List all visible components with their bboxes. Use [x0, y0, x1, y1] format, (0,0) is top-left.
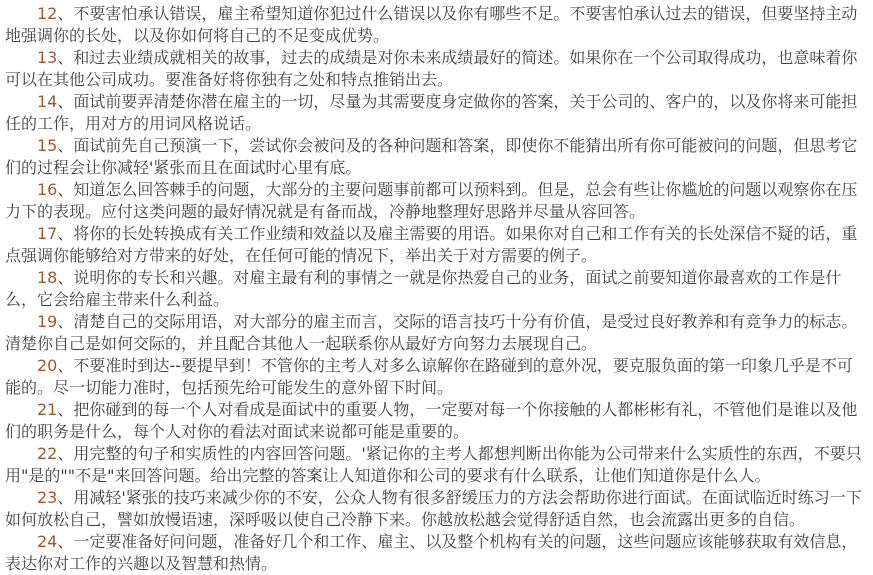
- list-item-16: 16、知道怎么回答棘手的问题，大部分的主要问题事前都可以预料到。但是，总会有些让…: [5, 179, 868, 223]
- item-text: 用完整的句子和实质性的内容回答问题。'紧记你的主考人都想判断出你能为公司带来什么…: [5, 444, 862, 485]
- item-number: 16: [37, 180, 57, 199]
- item-separator: 、: [57, 4, 73, 23]
- list-item-12: 12、不要害怕承认错误，雇主希望知道你犯过什么错误以及你有哪些不足。不要害怕承认…: [5, 3, 868, 47]
- item-separator: 、: [57, 312, 73, 331]
- list-item-13: 13、和过去业绩成就相关的故事，过去的成绩是对你未来成绩最好的简述。如果你在一个…: [5, 47, 868, 91]
- item-separator: 、: [57, 224, 73, 243]
- item-number: 19: [37, 312, 57, 331]
- item-separator: 、: [57, 180, 73, 199]
- item-number: 15: [37, 136, 57, 155]
- item-number: 13: [37, 48, 57, 67]
- item-text: 用减轻'紧张的技巧来减少你的不安，公众人物有很多舒缓压力的方法会帮助你进行面试。…: [5, 488, 862, 529]
- item-text: 清楚自己的交际用语，对大部分的雇主而言，交际的语言技巧十分有价值，是受过良好教养…: [5, 312, 857, 353]
- item-text: 知道怎么回答棘手的问题，大部分的主要问题事前都可以预料到。但是，总会有些让你尴尬…: [5, 180, 857, 221]
- item-number: 14: [37, 92, 57, 111]
- list-item-17: 17、将你的长处转换成有关工作业绩和效益以及雇主需要的用语。如果你对自己和工作有…: [5, 223, 868, 267]
- item-separator: 、: [57, 444, 73, 463]
- item-number: 24: [37, 532, 57, 551]
- list-item-23: 23、用减轻'紧张的技巧来减少你的不安，公众人物有很多舒缓压力的方法会帮助你进行…: [5, 487, 868, 531]
- document-body: 12、不要害怕承认错误，雇主希望知道你犯过什么错误以及你有哪些不足。不要害怕承认…: [5, 3, 868, 575]
- item-text: 将你的长处转换成有关工作业绩和效益以及雇主需要的用语。如果你对自己和工作有关的长…: [5, 224, 857, 265]
- item-separator: 、: [57, 488, 73, 507]
- item-separator: 、: [57, 48, 73, 67]
- item-number: 20: [37, 356, 57, 375]
- item-number: 21: [37, 400, 57, 419]
- item-text: 和过去业绩成就相关的故事，过去的成绩是对你未来成绩最好的简述。如果你在一个公司取…: [5, 48, 857, 89]
- item-number: 22: [37, 444, 57, 463]
- list-item-19: 19、清楚自己的交际用语，对大部分的雇主而言，交际的语言技巧十分有价值，是受过良…: [5, 311, 868, 355]
- list-item-20: 20、不要准时到达--要提早到！不管你的主考人对多么谅解你在路碰到的意外况，要克…: [5, 355, 868, 399]
- item-separator: 、: [57, 356, 73, 375]
- item-text: 说明你的专长和兴趣。对雇主最有利的事情之一就是你热爱自己的业务，面试之前要知道你…: [5, 268, 841, 309]
- item-separator: 、: [57, 92, 73, 111]
- item-number: 17: [37, 224, 57, 243]
- item-separator: 、: [57, 136, 73, 155]
- item-text: 不要害怕承认错误，雇主希望知道你犯过什么错误以及你有哪些不足。不要害怕承认过去的…: [5, 4, 857, 45]
- list-item-22: 22、用完整的句子和实质性的内容回答问题。'紧记你的主考人都想判断出你能为公司带…: [5, 443, 868, 487]
- item-separator: 、: [57, 400, 73, 419]
- list-item-24: 24、一定要准备好问问题，准备好几个和工作、雇主、以及整个机构有关的问题，这些问…: [5, 531, 868, 575]
- item-number: 18: [37, 268, 57, 287]
- item-text: 面试前要弄清楚你潜在雇主的一切，尽量为其需要度身定做你的答案，关于公司的、客户的…: [5, 92, 857, 133]
- item-text: 一定要准备好问问题，准备好几个和工作、雇主、以及整个机构有关的问题，这些问题应该…: [5, 532, 857, 573]
- item-text: 把你碰到的每一个人对看成是面试中的重要人物，一定要对每一个你接触的人都彬彬有礼，…: [5, 400, 857, 441]
- list-item-18: 18、说明你的专长和兴趣。对雇主最有利的事情之一就是你热爱自己的业务，面试之前要…: [5, 267, 868, 311]
- item-text: 面试前先自己预演一下，尝试你会被问及的各种问题和答案，即使你不能猜出所有你可能被…: [5, 136, 857, 177]
- list-item-15: 15、面试前先自己预演一下，尝试你会被问及的各种问题和答案，即使你不能猜出所有你…: [5, 135, 868, 179]
- item-separator: 、: [57, 532, 73, 551]
- item-number: 12: [37, 4, 57, 23]
- item-separator: 、: [57, 268, 73, 287]
- list-item-14: 14、面试前要弄清楚你潜在雇主的一切，尽量为其需要度身定做你的答案，关于公司的、…: [5, 91, 868, 135]
- item-text: 不要准时到达--要提早到！不管你的主考人对多么谅解你在路碰到的意外况，要克服负面…: [5, 356, 853, 397]
- item-number: 23: [37, 488, 57, 507]
- list-item-21: 21、把你碰到的每一个人对看成是面试中的重要人物，一定要对每一个你接触的人都彬彬…: [5, 399, 868, 443]
